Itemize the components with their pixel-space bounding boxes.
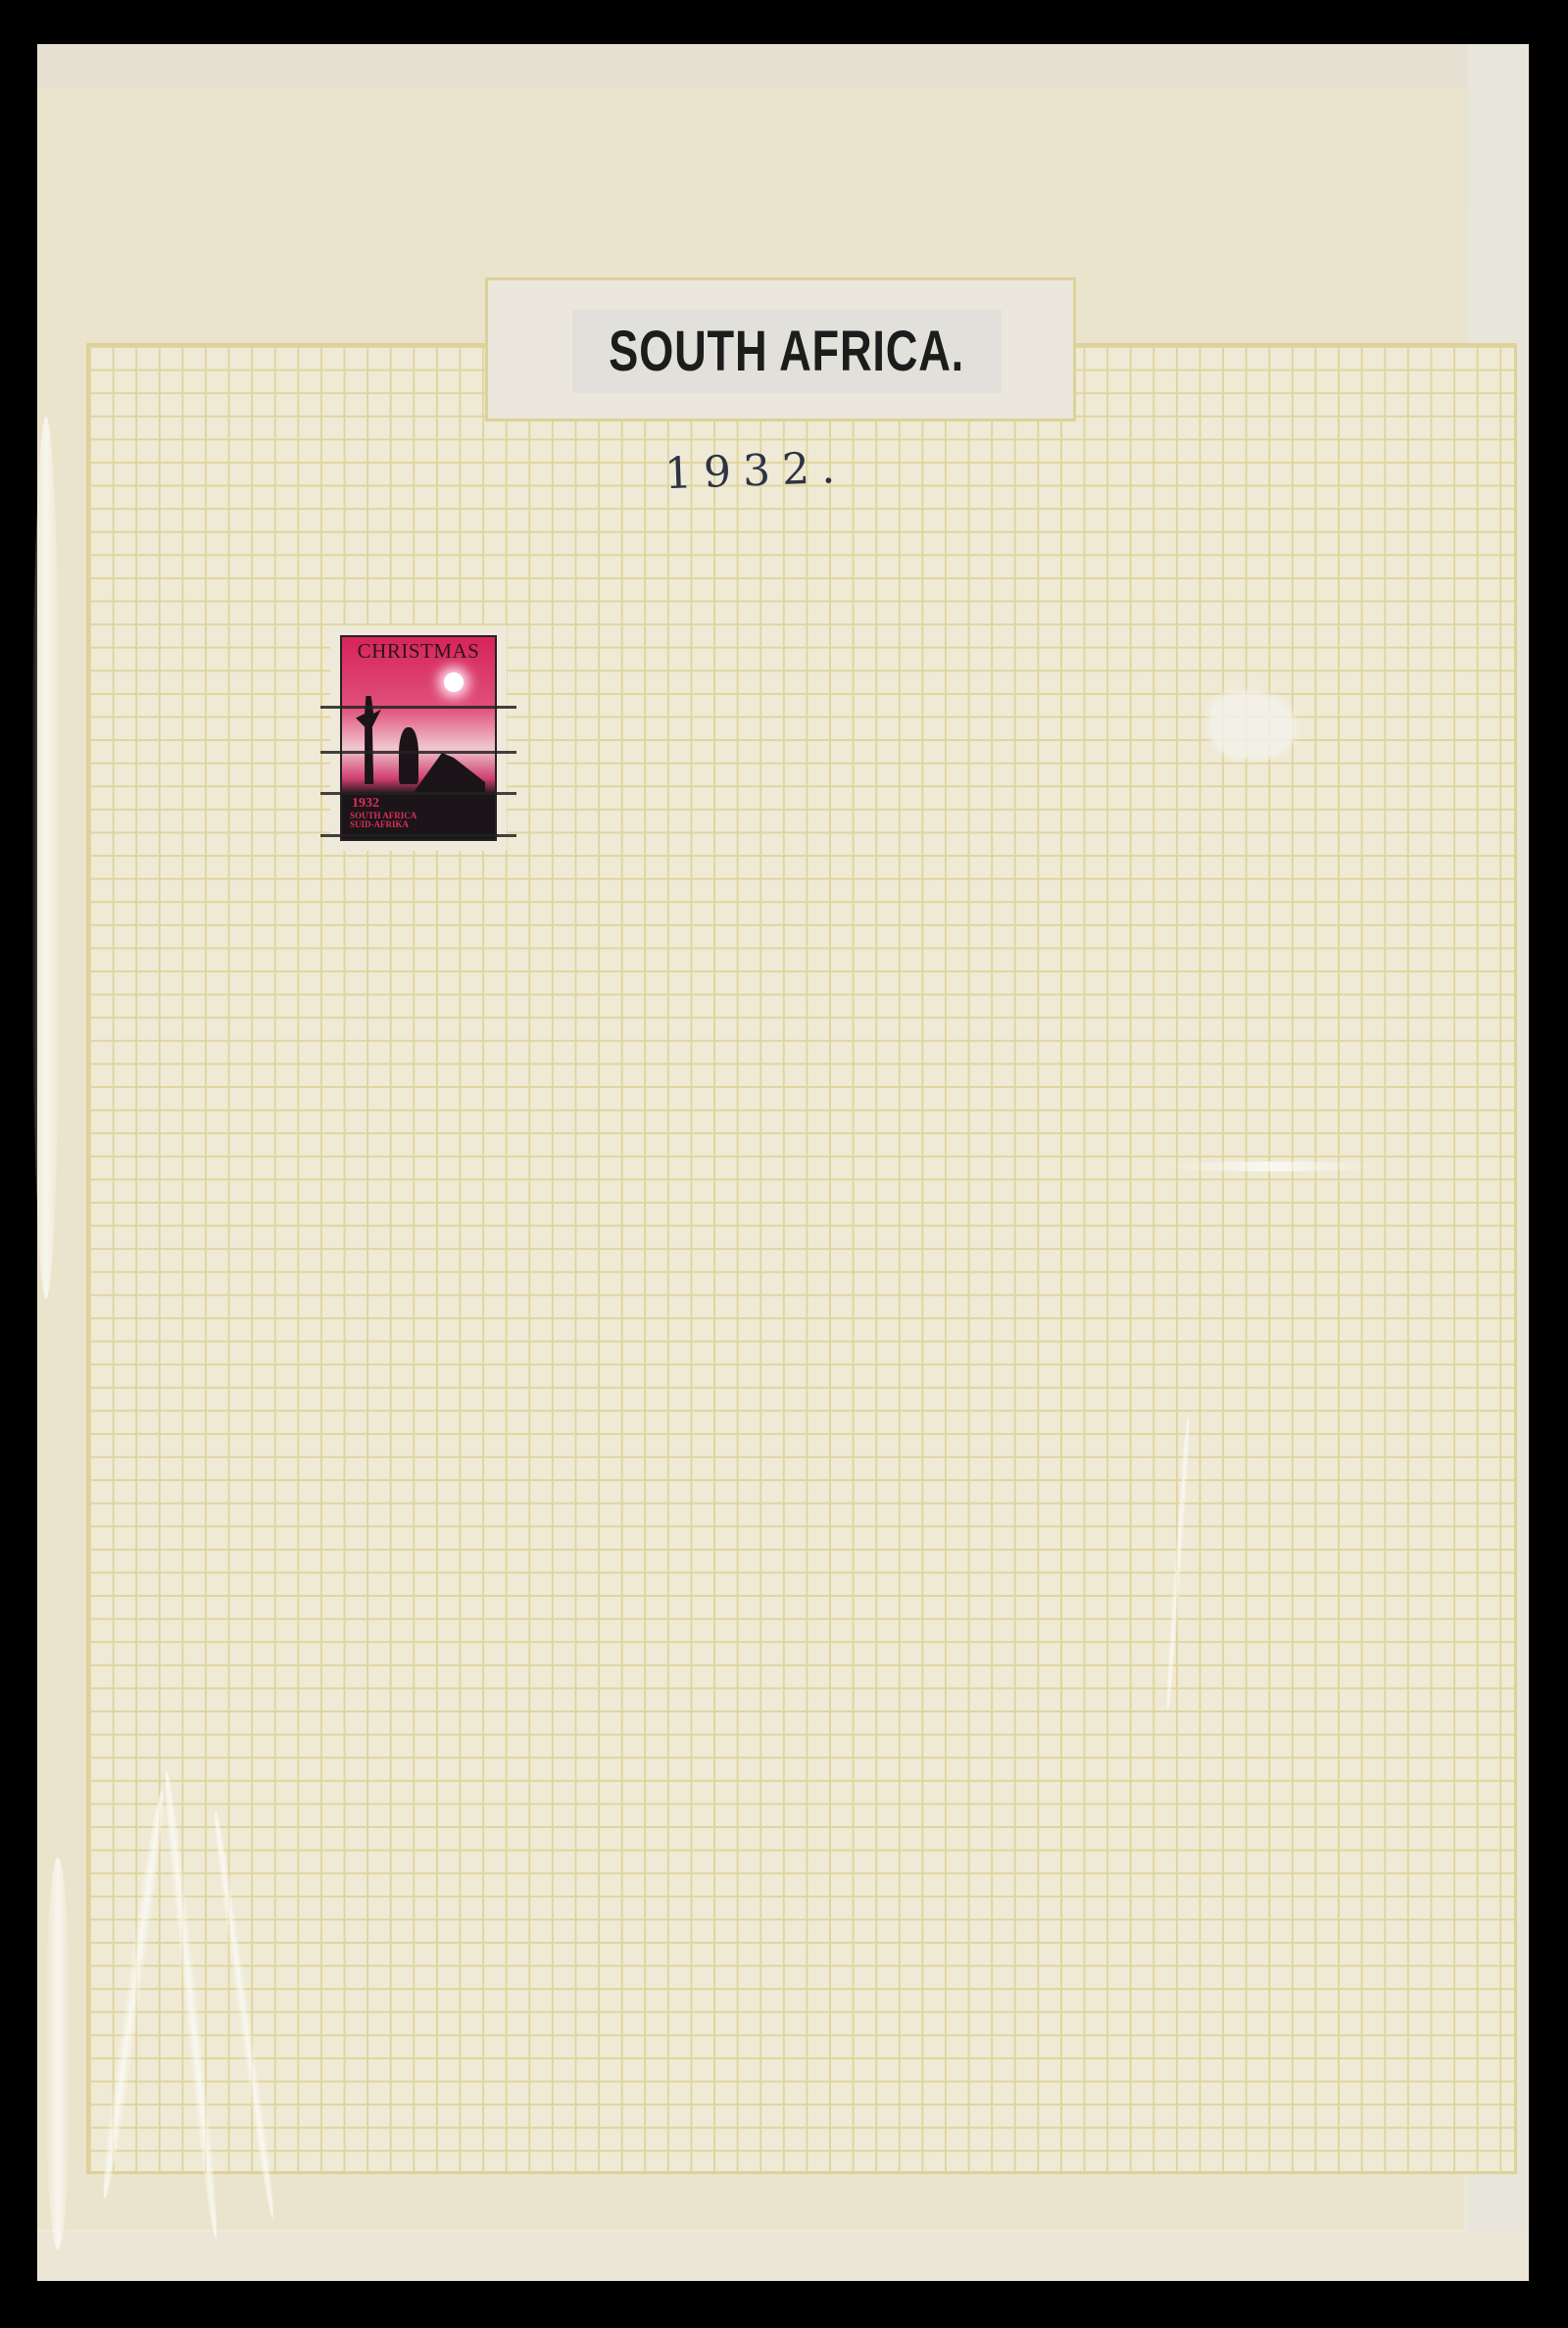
protector-glare [1164,1162,1380,1171]
cancel-line [320,834,516,837]
quadrille-grid [86,343,1517,2174]
protector-glare [31,417,61,1299]
stamp-frame: CHRISTMAS 1932 SOUTH AFRICA SUID-AFRIKA [340,635,497,841]
stamp-subtitle: SOUTH AFRICA SUID-AFRIKA [350,812,458,829]
cancel-line [320,706,516,709]
country-label-plate: SOUTH AFRICA. [572,310,1002,393]
child-silhouette-icon [399,727,418,784]
stamp-title: CHRISTMAS [342,639,495,664]
protector-glare [45,1857,71,2250]
country-label: SOUTH AFRICA. [610,319,965,384]
page-top-band [37,44,1529,88]
stamp-year: 1932 [352,796,379,812]
star-icon [444,672,464,692]
stamp-christmas-seal[interactable]: CHRISTMAS 1932 SOUTH AFRICA SUID-AFRIKA [330,625,507,851]
protector-bottom-edge [37,2232,1529,2281]
cancel-line [320,751,516,754]
country-label-box: SOUTH AFRICA. [485,277,1076,421]
cancel-line [320,792,516,795]
album-page: SOUTH AFRICA. 1932. CHRISTMAS 1932 SOUTH… [37,44,1529,2281]
handwritten-year: 1932. [663,443,848,499]
stamp-subtitle-line2: SUID-AFRIKA [350,820,458,829]
aloe-tree-icon [356,696,381,784]
